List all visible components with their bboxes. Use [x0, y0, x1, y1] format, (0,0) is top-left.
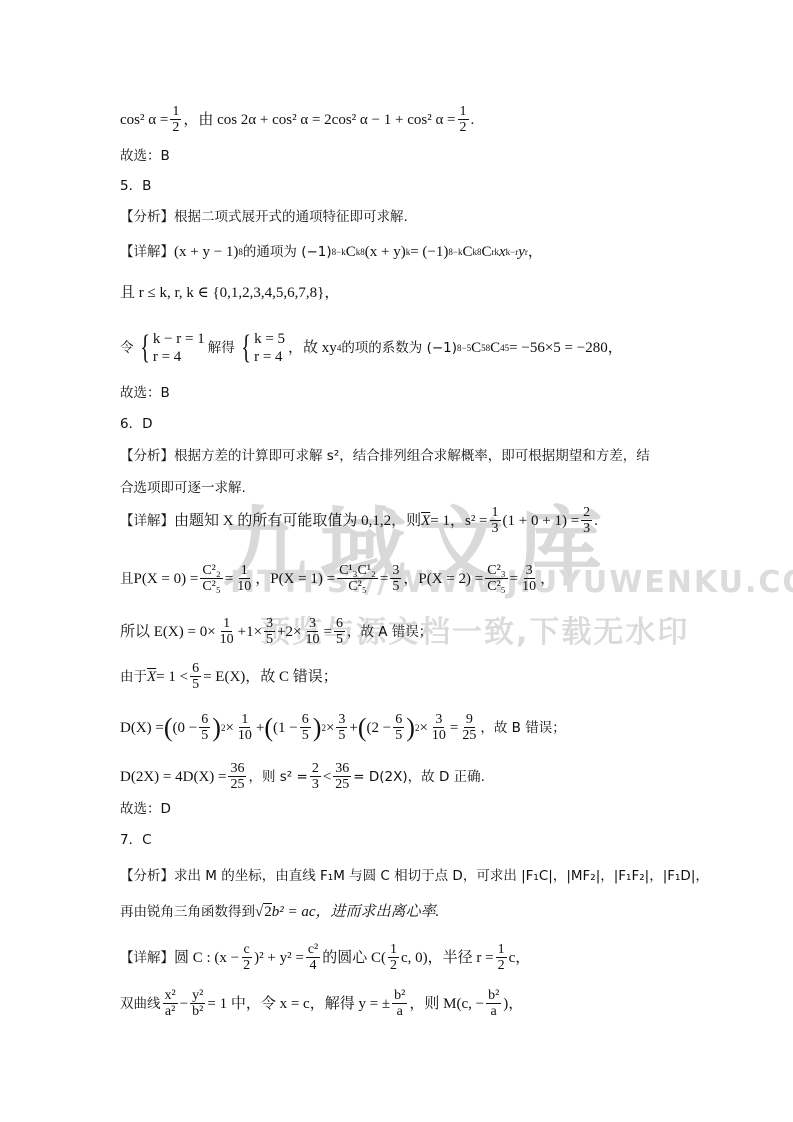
fraction-numerator: 1	[221, 616, 232, 632]
fraction-denominator: 3	[490, 521, 501, 536]
math-text: (	[358, 715, 367, 741]
fraction-denominator: 2	[170, 120, 181, 135]
fraction-numerator: 3	[307, 616, 318, 632]
fraction: x²a²	[163, 988, 178, 1019]
fraction-numerator: 1	[490, 505, 501, 521]
math-text: C	[462, 242, 472, 262]
math-text: D(2X) = 4D(X) =	[120, 767, 226, 787]
math-text: ，	[528, 242, 543, 262]
equation-system: {k = 5r = 4	[238, 330, 285, 366]
fraction: b²a	[486, 988, 501, 1019]
math-text: r = 4	[254, 348, 285, 366]
fraction-numerator: 36	[333, 761, 351, 777]
analysis-label: 【分析】	[120, 207, 174, 227]
fraction-denominator: 10	[304, 632, 322, 647]
math-text: )	[313, 715, 322, 741]
math-text: = D(2X)，故 D 正确.	[353, 767, 485, 787]
math-text: X	[147, 667, 156, 687]
fraction: 110	[236, 712, 254, 743]
math-text: = E(X)，故 C 错误；	[203, 667, 338, 687]
math-text: C	[346, 242, 356, 262]
math-text: = 1，s² =	[430, 511, 487, 531]
fraction-denominator: C²₅	[346, 579, 368, 594]
math-text: (	[164, 715, 173, 741]
fraction-denominator: 10	[235, 579, 253, 594]
fraction-numerator: 1	[239, 563, 250, 579]
math-text: 的圆心 C(	[322, 948, 386, 968]
fraction: C²₃C²₅	[485, 563, 507, 594]
math-text: = 1 <	[156, 667, 188, 687]
fraction-denominator: 10	[218, 632, 236, 647]
q7-hyperbola-line: 双曲线 x²a² − y²b² = 1 中，令 x = c，解得 y = ± b…	[120, 988, 523, 1019]
fraction: 65	[334, 616, 345, 647]
fraction-denominator: 3	[310, 777, 321, 792]
math-text: +	[256, 718, 264, 738]
fraction-numerator: 1	[496, 942, 507, 958]
text: ，由 cos 2α + cos² α = 2cos² α − 1 + cos² …	[183, 110, 455, 130]
math-text: 解得	[208, 338, 235, 358]
fraction: 110	[235, 563, 253, 594]
fraction-denominator: 5	[334, 632, 345, 647]
analysis-text: 根据方差的计算即可求解 s²，结合排列组合求解概率，即可根据期望和方差，结	[174, 446, 650, 466]
analysis-text: 根据二项式展开式的通项特征即可求解.	[174, 207, 408, 227]
math-text: k = 5	[254, 330, 285, 348]
fraction-denominator: 25	[460, 728, 478, 743]
text: .	[471, 110, 475, 130]
math-text: 圆 C : (x −	[174, 948, 239, 968]
math-text: 求出 M 的坐标，由直线 F₁M 与圆 C 相切于点 D，可求出 |F₁C|，|…	[174, 866, 709, 886]
math-text: D(X) =	[120, 718, 164, 738]
fraction: b²a	[392, 988, 407, 1019]
q4-answer: 故选：B	[120, 146, 170, 166]
fraction: 35	[390, 563, 401, 594]
math-text: ，则 s² =	[248, 767, 307, 787]
q6-detail-line1: 【详解】 由题知 X 的所有可能取值为 0,1,2，则 X = 1，s² = 1…	[120, 505, 598, 536]
q5-detail-line3: 令 {k − r = 1r = 4 解得 {k = 5r = 4 ，故 xy4 …	[120, 330, 623, 366]
math-text: ，	[540, 569, 555, 589]
math-text: =	[450, 718, 458, 738]
q6-expectation-line: 所以 E(X) = 0× 110 +1× 35 +2× 310 = 65 ，故 …	[120, 616, 432, 647]
fraction: 12	[458, 104, 469, 135]
fraction: y²b²	[190, 988, 205, 1019]
fraction: 65	[199, 712, 210, 743]
fraction: 12	[170, 104, 181, 135]
detail-label: 【详解】	[120, 948, 174, 968]
fraction-denominator: 5	[336, 728, 347, 743]
math-text: .	[594, 511, 598, 531]
q4-formula-line: cos² α = 12 ，由 cos 2α + cos² α = 2cos² α…	[120, 104, 474, 135]
q7-analysis-line1: 【分析】 求出 M 的坐标，由直线 F₁M 与圆 C 相切于点 D，可求出 |F…	[120, 866, 709, 886]
fraction-numerator: 9	[464, 712, 475, 728]
analysis-label: 【分析】	[120, 866, 174, 886]
fraction-denominator: 25	[228, 777, 246, 792]
fraction-denominator: a	[395, 1004, 405, 1019]
fraction: 3625	[333, 761, 351, 792]
math-text: 双曲线	[120, 994, 161, 1014]
fraction-numerator: 1	[458, 104, 469, 120]
math-text: 且	[120, 569, 134, 589]
math-text: ，则 M(c, −	[409, 994, 484, 1014]
fraction-denominator: 4	[308, 958, 319, 973]
fraction-numerator: 1	[239, 712, 250, 728]
math-text: ，故 A 错误；	[347, 622, 432, 642]
fraction: 35	[264, 616, 275, 647]
fraction-denominator: 2	[458, 120, 469, 135]
fraction-denominator: C²₅	[485, 579, 507, 594]
fraction-denominator: 25	[333, 777, 351, 792]
fraction-numerator: 2	[581, 505, 592, 521]
fraction: 110	[218, 616, 236, 647]
fraction-numerator: 3	[524, 563, 535, 579]
q7-heading: 7．C	[120, 830, 152, 850]
fraction: 35	[336, 712, 347, 743]
math-text: X	[421, 511, 430, 531]
math-text: ×	[419, 718, 427, 738]
math-text: =	[324, 622, 332, 642]
fraction-numerator: C²₃	[485, 563, 507, 579]
math-text: 2	[263, 903, 272, 920]
math-text: 由题知 X 的所有可能取值为 0,1,2，则	[174, 511, 421, 531]
math-text: c，	[509, 948, 531, 968]
fraction: c²4	[306, 942, 320, 973]
q7-analysis-line2: 再由锐角三角函数得到 √2 b² = ac，进而求出离心率.	[120, 902, 439, 922]
q5-answer: 故选：B	[120, 383, 170, 403]
fraction: 23	[581, 505, 592, 536]
math-text: (1 −	[273, 718, 298, 738]
q6-heading: 6．D	[120, 414, 152, 434]
fraction-numerator: 1	[170, 104, 181, 120]
q6-option-c-line: 由于 X = 1 < 65 = E(X)，故 C 错误；	[120, 661, 338, 692]
math-text: (x + y − 1)	[174, 242, 238, 262]
math-text: k − r = 1	[153, 330, 205, 348]
math-text: 由于	[120, 667, 147, 687]
math-text: 的项的系数为 (−1)	[341, 338, 457, 358]
math-text: C	[481, 242, 491, 262]
math-text: x	[499, 242, 506, 262]
math-text: 再由锐角三角函数得到	[120, 902, 255, 922]
math-text: = (−1)	[410, 242, 448, 262]
fraction-numerator: b²	[486, 988, 501, 1004]
fraction-numerator: c²	[306, 942, 320, 958]
fraction: 310	[520, 563, 538, 594]
math-text: (2 −	[367, 718, 392, 738]
math-text: b² = ac，进而求出离心率.	[272, 902, 440, 922]
math-text: P(X = 0) =	[134, 569, 199, 589]
fraction-denominator: 5	[190, 677, 201, 692]
math-text: ，故 xy	[288, 338, 337, 358]
fraction-numerator: 3	[390, 563, 401, 579]
fraction-denominator: 2	[388, 958, 399, 973]
math-text: C	[490, 338, 500, 358]
fraction: 65	[190, 661, 201, 692]
fraction-numerator: 6	[300, 712, 311, 728]
math-text: (0 −	[173, 718, 198, 738]
fraction-denominator: 10	[236, 728, 254, 743]
fraction-denominator: 5	[300, 728, 311, 743]
fraction: 3625	[228, 761, 246, 792]
fraction: 65	[393, 712, 404, 743]
fraction: 310	[430, 712, 448, 743]
math-text: k − r = 1r = 4	[153, 330, 205, 366]
detail-label: 【详解】	[120, 511, 174, 531]
fraction: 13	[490, 505, 501, 536]
fraction-denominator: 2	[241, 958, 252, 973]
math-text: 的通项为 (−1)	[243, 242, 332, 262]
math-text: ，P(X = 2) =	[403, 569, 483, 589]
math-text: (x + y)	[365, 242, 406, 262]
fraction-numerator: 3	[264, 616, 275, 632]
math-text: ，P(X = 1) =	[255, 569, 335, 589]
fraction-denominator: 2	[496, 958, 507, 973]
math-text: √2	[255, 902, 272, 922]
document-page: 九域文库 HTTPS://WWW.JIUYUWENKU.COM 预览与源文档一致…	[0, 0, 793, 1122]
math-text: ，故 B 错误；	[480, 718, 565, 738]
q6-analysis-line2: 合选项即可逐一求解.	[120, 478, 246, 498]
fraction: C¹₃C¹₂C²₅	[337, 563, 378, 594]
math-text: {	[241, 331, 251, 365]
math-text: −	[180, 994, 188, 1014]
text: cos² α =	[120, 110, 168, 130]
math-text: k = 5r = 4	[254, 330, 285, 366]
fraction-denominator: C²₅	[200, 579, 222, 594]
fraction-denominator: 10	[430, 728, 448, 743]
fraction-numerator: C²₂	[200, 563, 222, 579]
q5-detail-line1: 【详解】 (x + y − 1)8 的通项为 (−1)8−k Ck8 (x + …	[120, 242, 543, 262]
fraction-numerator: 6	[334, 616, 345, 632]
math-text: = −56×5 = −280，	[509, 338, 623, 358]
fraction-denominator: 3	[581, 521, 592, 536]
fraction: 310	[304, 616, 322, 647]
math-text: +	[349, 718, 357, 738]
math-text: )	[212, 715, 221, 741]
math-text: ×	[225, 718, 233, 738]
math-text: <	[323, 767, 331, 787]
q5-analysis: 【分析】 根据二项式展开式的通项特征即可求解.	[120, 207, 408, 227]
fraction-denominator: b²	[190, 1004, 205, 1019]
fraction-denominator: 10	[520, 579, 538, 594]
math-text: +2×	[277, 622, 301, 642]
fraction-denominator: a²	[163, 1004, 177, 1019]
detail-label: 【详解】	[120, 242, 174, 262]
q6-probability-line: 且 P(X = 0) = C²₂C²₅= 110 ，P(X = 1) = C¹₃…	[120, 563, 555, 594]
math-text: (1 + 0 + 1) =	[503, 511, 580, 531]
fraction-numerator: 6	[393, 712, 404, 728]
fraction-denominator: 5	[393, 728, 404, 743]
fraction-denominator: 5	[199, 728, 210, 743]
q6-variance-line: D(X) = ((0 − 65)2 × 110 + ((1 − 65)2 × 3…	[120, 712, 566, 743]
fraction: 23	[310, 761, 321, 792]
analysis-label: 【分析】	[120, 446, 174, 466]
q5-detail-line2: 且 r ≤ k, r, k ∈ {0,1,2,3,4,5,6,7,8}，	[120, 283, 339, 303]
fraction-numerator: x²	[163, 988, 178, 1004]
math-text: = 1 中，令 x = c，解得 y = ±	[207, 994, 390, 1014]
math-text: r = 4	[153, 348, 205, 366]
math-text: 所以 E(X) = 0×	[120, 622, 216, 642]
fraction-denominator: 5	[264, 632, 275, 647]
math-text: )，	[503, 994, 523, 1014]
math-text: C	[471, 338, 481, 358]
fraction: 12	[496, 942, 507, 973]
math-text: {	[140, 331, 150, 365]
q7-circle-line: 【详解】 圆 C : (x − c2 )² + y² = c²4 的圆心 C( …	[120, 942, 530, 973]
math-text: c, 0)，半径 r =	[401, 948, 494, 968]
fraction-numerator: 36	[228, 761, 246, 777]
q6-d2x-line: D(2X) = 4D(X) = 3625 ，则 s² = 23 < 3625 =…	[120, 761, 485, 792]
math-text: +1×	[238, 622, 262, 642]
math-text: y	[518, 242, 525, 262]
fraction-numerator: 1	[388, 942, 399, 958]
fraction: 925	[460, 712, 478, 743]
fraction: 12	[388, 942, 399, 973]
math-text: )	[406, 715, 415, 741]
fraction-numerator: 2	[310, 761, 321, 777]
fraction: 65	[300, 712, 311, 743]
fraction-numerator: 6	[190, 661, 201, 677]
fraction-numerator: c	[242, 942, 252, 958]
math-text: (	[264, 715, 273, 741]
math-text: ×	[326, 718, 334, 738]
fraction-numerator: 3	[433, 712, 444, 728]
equation-system: {k − r = 1r = 4	[137, 330, 205, 366]
fraction: c2	[241, 942, 252, 973]
math-text: 令	[120, 338, 134, 358]
fraction-numerator: 3	[336, 712, 347, 728]
fraction: C²₂C²₅	[200, 563, 222, 594]
q5-heading: 5．B	[120, 176, 151, 196]
fraction-denominator: a	[489, 1004, 499, 1019]
fraction-numerator: 6	[199, 712, 210, 728]
fraction-denominator: 5	[390, 579, 401, 594]
fraction-numerator: b²	[392, 988, 407, 1004]
fraction-numerator: C¹₃C¹₂	[337, 563, 378, 579]
q6-answer: 故选：D	[120, 799, 171, 819]
q6-analysis-line1: 【分析】 根据方差的计算即可求解 s²，结合排列组合求解概率，即可根据期望和方差…	[120, 446, 650, 466]
fraction-numerator: y²	[190, 988, 205, 1004]
math-text: )² + y² =	[254, 948, 304, 968]
